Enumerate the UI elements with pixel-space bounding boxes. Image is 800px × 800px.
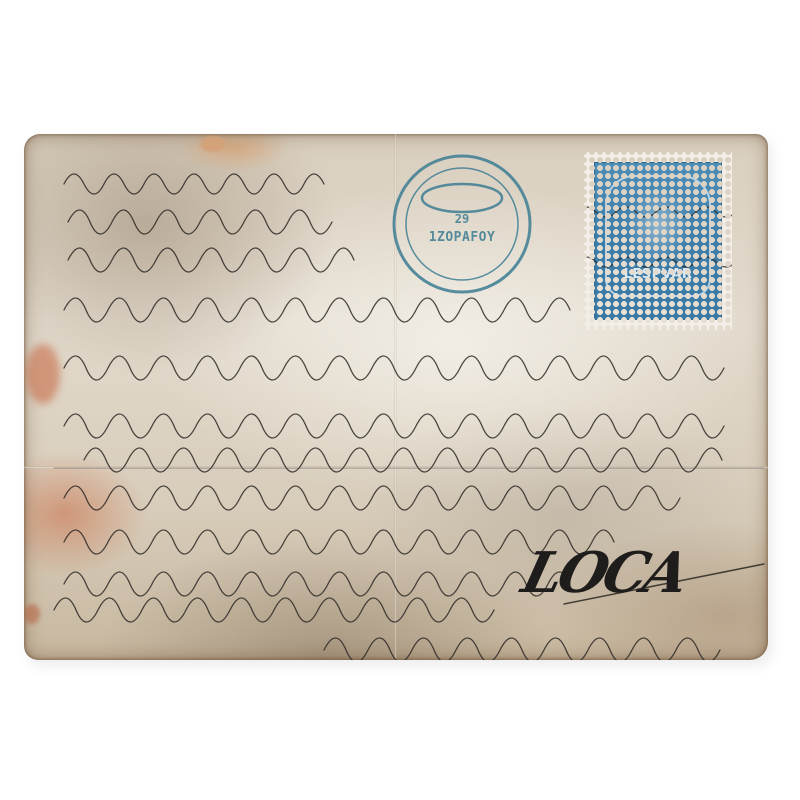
postmark-text: 1ZOPAFOY — [386, 230, 538, 245]
postage-stamp: LESPVAR — [584, 152, 732, 330]
postcard: 29 1ZOPAFOY LESPVAR LOCA — [24, 134, 768, 660]
postmark: 29 1ZOPAFOY — [386, 148, 538, 300]
stamp-cancellation-lines — [576, 182, 736, 272]
signature: LOCA — [516, 540, 693, 606]
postcard-photo: 29 1ZOPAFOY LESPVAR LOCA — [0, 0, 800, 800]
postmark-number: 29 — [386, 212, 538, 226]
